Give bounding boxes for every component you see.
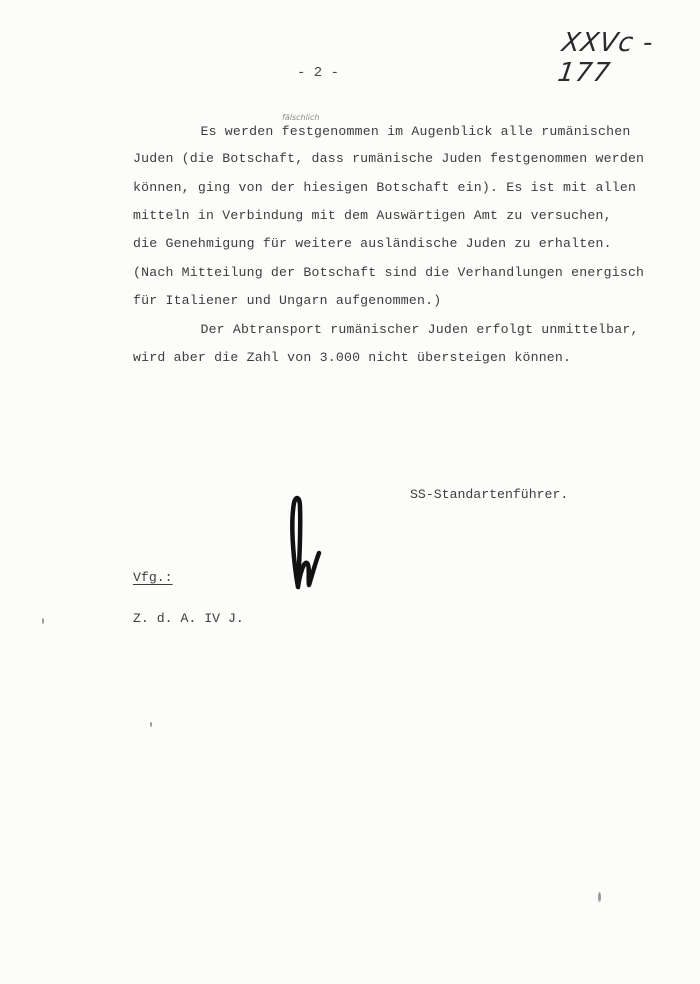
body-line: Juden (die Botschaft, dass rumänische Ju… <box>133 151 644 166</box>
body-line: Es werden festgenommen im Augenblick all… <box>168 124 631 139</box>
page-number: - 2 - <box>297 65 339 81</box>
body-line: (Nach Mitteilung der Botschaft sind die … <box>133 265 644 280</box>
scan-speck <box>42 618 44 624</box>
body-line: können, ging von der hiesigen Botschaft … <box>133 180 636 195</box>
body-line: Der Abtransport rumänischer Juden erfolg… <box>168 322 639 337</box>
vfg-label: Vfg.: <box>133 570 173 585</box>
archive-reference-mark: XXVc - 177 <box>556 28 700 88</box>
handwritten-annotation: fälschlich <box>282 113 320 122</box>
filing-note: Z. d. A. IV J. <box>133 611 244 626</box>
body-line: die Genehmigung für weitere ausländische… <box>133 236 612 251</box>
body-line: mitteln in Verbindung mit dem Auswärtige… <box>133 208 612 223</box>
body-line: wird aber die Zahl von 3.000 nicht übers… <box>133 350 571 365</box>
scan-speck <box>150 722 152 727</box>
signature-rank: SS-Standartenführer. <box>410 487 568 502</box>
scan-speck <box>598 892 601 902</box>
handwritten-signature <box>288 495 322 591</box>
body-line: für Italiener und Ungarn aufgenommen.) <box>133 293 441 308</box>
document-page: XXVc - 177 - 2 - fälschlich Es werden fe… <box>0 0 700 984</box>
